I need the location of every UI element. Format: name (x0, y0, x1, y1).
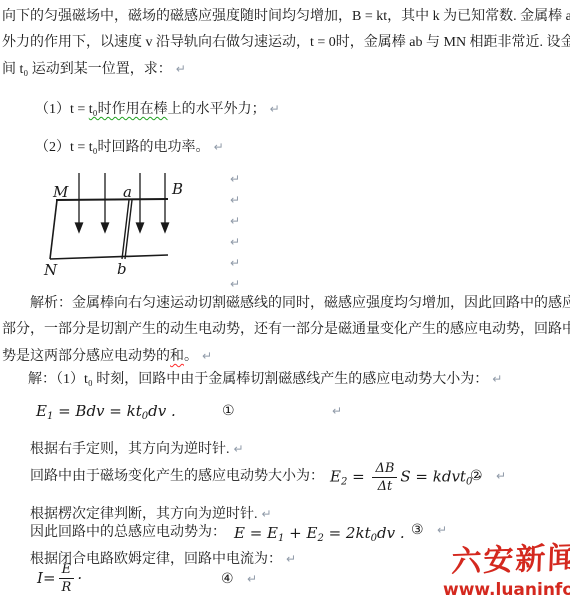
eq1-tail: dv . (148, 402, 176, 420)
eq3-c: = 2kt (324, 524, 371, 542)
paragraph-mark-icon: ↵ (234, 442, 244, 456)
equation-3: E = E1 + E2 = 2kt0dv . (234, 524, 405, 542)
question-1-spellcheck-text: t₀时作用在棒 (89, 102, 168, 117)
question-2: （2）t = t₀时回路的电功率。↵ (35, 138, 224, 157)
solution-step-4-text: 根据楞次定律判断，其方向为逆时针. (30, 507, 258, 522)
top-rail-line (56, 199, 168, 200)
eq1-body: = Bdv = kt (53, 402, 141, 420)
watermark-logo: 六安新闻网 (442, 531, 570, 581)
paragraph-mark-icon: ↵ (230, 277, 240, 291)
equation-4: I = ER · (37, 560, 82, 596)
eq2-E: E (330, 467, 341, 485)
eq2-equals: = (347, 467, 369, 485)
analysis-line-1: 解析：金属棒向右匀速运动切割磁感线的同时，磁感应强度均匀增加，因此回路中的感应电… (30, 295, 570, 313)
left-rail-line (50, 200, 57, 259)
watermark-url-red: www.luaninfo (443, 580, 570, 600)
question-1-post: 上的水平外力； (168, 102, 266, 117)
intro-line-3-text: 间 t₀ 运动到某一位置，求： (2, 62, 172, 77)
paragraph-mark-icon: ↵ (230, 214, 240, 228)
eq3-a: E = E (234, 524, 278, 542)
paragraph-mark-icon: ↵ (230, 256, 240, 270)
eq3-b: + E (284, 524, 317, 542)
question-2-text: （2）t = t₀时回路的电功率。 (35, 140, 210, 155)
equation-2: E2 = ΔBΔtS = kdvt0 · (330, 462, 482, 493)
analysis-line-3: 势是这两部分感应电动势的和。↵ (2, 347, 212, 366)
eq4-fraction-denominator: R (59, 579, 75, 594)
eq2-fraction: ΔBΔt (372, 462, 397, 493)
solution-step-5-text: 因此回路中的总感应电动势为： (30, 524, 226, 542)
paragraph-mark-icon: ↵ (286, 552, 296, 566)
equation-4-number: ④ (221, 571, 234, 587)
field-arrowhead-icon (102, 223, 109, 232)
paragraph-mark-icon: ↵ (230, 172, 240, 186)
diagram-label-N: N (43, 261, 58, 279)
diagram-label-M: M (52, 183, 69, 201)
eq2-mid: S = kdvt (400, 467, 466, 485)
question-1-pre: （1）t = (35, 102, 89, 117)
eq1-E: E (36, 402, 47, 420)
field-arrows (76, 173, 169, 232)
question-1: （1）t = t₀时作用在棒上的水平外力；↵ (35, 100, 280, 119)
field-arrowhead-icon (76, 223, 83, 232)
equation-2-number: ② (470, 468, 483, 484)
paragraph-mark-icon: ↵ (332, 404, 342, 418)
intro-line-1: 向下的匀强磁场中，磁场的磁感应强度随时间均匀增加，B = kt，其中 k 为已知… (2, 8, 570, 26)
bottom-rail-line (50, 255, 168, 259)
paragraph-mark-icon: ↵ (202, 349, 212, 363)
paragraph-mark-icon: ↵ (496, 469, 506, 483)
diagram-label-b: b (117, 260, 127, 278)
analysis-line-3-post: 。 (184, 349, 198, 364)
paragraph-mark-icon: ↵ (230, 235, 240, 249)
watermark: 六安新闻网 www.luaninfo.com (443, 534, 570, 600)
circuit-diagram: M N a b B (40, 168, 240, 283)
intro-line-3: 间 t₀ 运动到某一位置，求：↵ (2, 60, 186, 79)
field-arrowhead-icon (162, 223, 169, 232)
equation-1: E1 = Bdv = kt0dv . (36, 402, 176, 420)
eq4-tail: · (77, 569, 82, 587)
equation-3-number: ③ (411, 522, 424, 538)
solution-step-5-row: 因此回路中的总感应电动势为： E = E1 + E2 = 2kt0dv . (30, 524, 405, 542)
eq4-equals: = (43, 569, 56, 587)
paragraph-mark-icon: ↵ (247, 572, 257, 586)
diagram-label-a: a (123, 183, 132, 201)
eq4-fraction-numerator: E (59, 563, 75, 579)
solution-step-3-row: 回路中由于磁场变化产生的感应电动势大小为： E2 = ΔBΔtS = kdvt0… (30, 455, 482, 499)
paragraph-mark-icon: ↵ (230, 193, 240, 207)
paragraph-mark-icon: ↵ (492, 372, 502, 386)
eq2-fraction-denominator: Δt (375, 478, 396, 493)
diagram-label-B: B (171, 180, 183, 198)
eq2-fraction-numerator: ΔB (372, 462, 397, 478)
solution-step-1-text: 解：（1）t₀ 时刻，回路中由于金属棒切割磁感线产生的感应电动势大小为： (28, 372, 488, 387)
equation-1-number: ① (222, 403, 235, 419)
eq4-fraction: ER (59, 563, 75, 594)
analysis-line-3-spellcheck-text: 和 (170, 349, 184, 364)
solution-step-4: 根据楞次定律判断，其方向为逆时针.↵ (30, 505, 272, 524)
solution-step-3-text: 回路中由于磁场变化产生的感应电动势大小为： (30, 468, 324, 486)
paragraph-mark-icon: ↵ (214, 140, 224, 154)
paragraph-mark-icon: ↵ (270, 102, 280, 116)
paragraph-mark-icon: ↵ (176, 62, 186, 76)
field-arrowhead-icon (137, 223, 144, 232)
eq3-tail: dv . (377, 524, 405, 542)
intro-line-2: 外力的作用下，以速度 v 沿导轨向右做匀速运动，t = 0时，金属棒 ab 与 … (2, 34, 570, 52)
analysis-line-3-pre: 势是这两部分感应电动势的 (2, 349, 170, 364)
watermark-url: www.luaninfo.com (443, 580, 570, 600)
analysis-line-2: 部分，一部分是切割产生的动生电动势，还有一部分是磁通量变化产生的感应电动势，回路… (2, 321, 570, 339)
solution-step-1: 解：（1）t₀ 时刻，回路中由于金属棒切割磁感线产生的感应电动势大小为：↵ (28, 370, 502, 389)
paragraph-mark-icon: ↵ (262, 507, 272, 521)
